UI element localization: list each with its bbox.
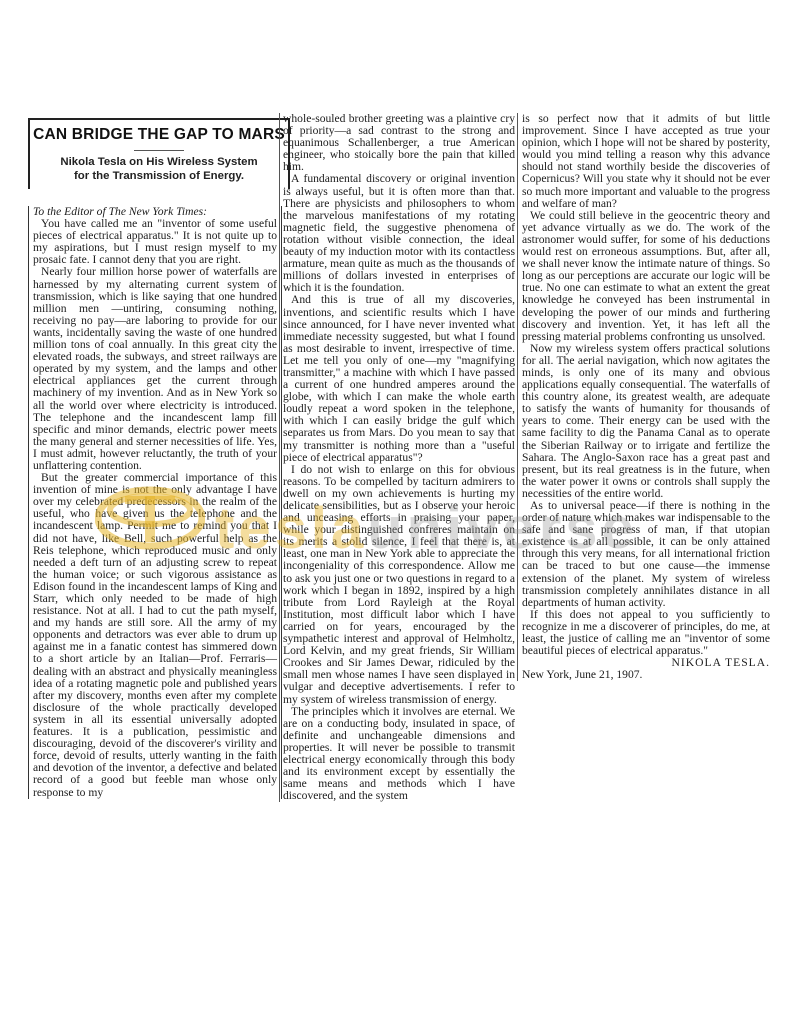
column-1: To the Editor of The New York Times: You… — [28, 206, 282, 799]
paragraph: A fundamental discovery or original inve… — [283, 173, 515, 294]
paragraph: Nearly four million horse power of water… — [33, 266, 277, 472]
paragraph: As to universal peace—if there is nothin… — [522, 500, 770, 609]
paragraph: The principles which it involves are ete… — [283, 706, 515, 803]
paragraph: whole-souled brother greeting was a plai… — [283, 113, 515, 173]
column-3: is so perfect now that it admits of but … — [517, 113, 770, 681]
headline-rule — [134, 150, 184, 151]
dateline: New York, June 21, 1907. — [522, 669, 770, 681]
paragraph: We could still believe in the geocentric… — [522, 210, 770, 343]
column-2: whole-souled brother greeting was a plai… — [279, 113, 515, 802]
paragraph: If this does not appeal to you sufficien… — [522, 609, 770, 657]
newspaper-clipping: CAN BRIDGE THE GAP TO MARS Nikola Tesla … — [22, 113, 782, 1018]
paragraph: But the greater commercial importance of… — [33, 472, 277, 799]
subheadline-line2: for the Transmission of Energy. — [33, 169, 285, 183]
subheadline-line1: Nikola Tesla on His Wireless System — [33, 155, 285, 169]
paragraph: is so perfect now that it admits of but … — [522, 113, 770, 210]
paragraph: You have called me an "inventor of some … — [33, 218, 277, 266]
headline-box: CAN BRIDGE THE GAP TO MARS Nikola Tesla … — [28, 118, 290, 189]
paragraph: And this is true of all my discoveries, … — [283, 294, 515, 463]
paragraph: I do not wish to enlarge on this for obv… — [283, 464, 515, 706]
headline: CAN BRIDGE THE GAP TO MARS — [33, 126, 285, 144]
paragraph: Now my wireless system offers practical … — [522, 343, 770, 500]
